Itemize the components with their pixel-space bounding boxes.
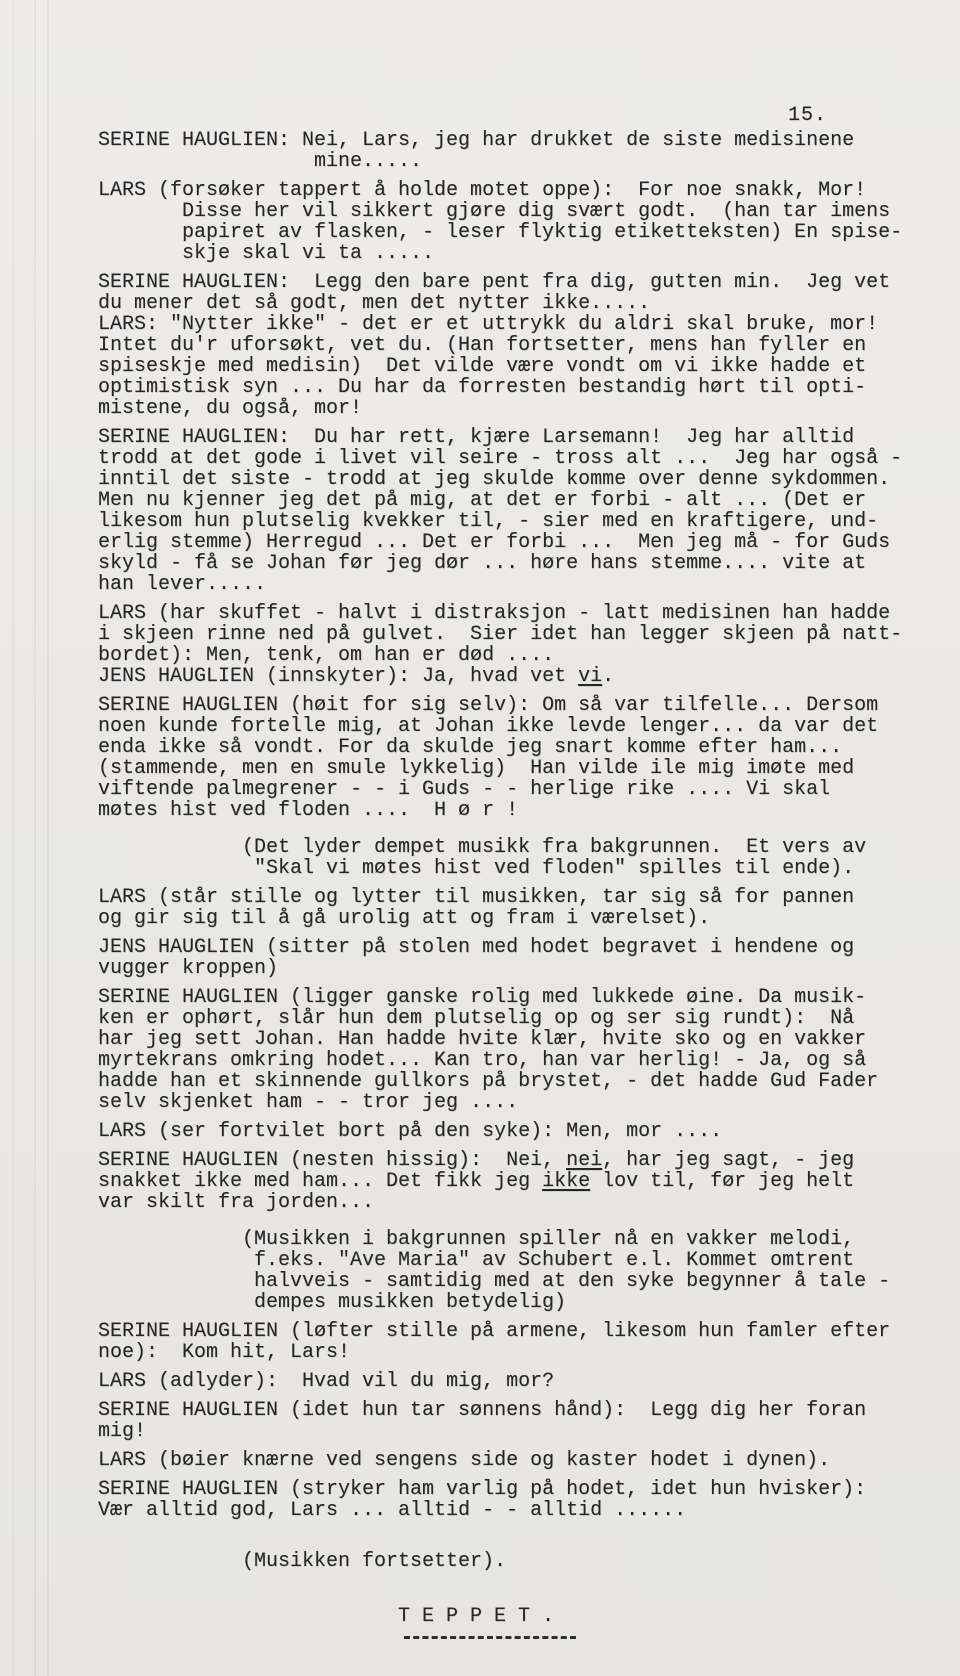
dialogue-block: SERINE HAUGLIEN (løfter stille på armene… bbox=[98, 1321, 940, 1363]
script-line: SERINE HAUGLIEN (idet hun tar sønnens hå… bbox=[98, 1400, 940, 1421]
text-segment: myrtekrans omkring hodet... Kan tro, han… bbox=[98, 1049, 866, 1072]
text-segment: bordet): Men, tenk, om han er død .... bbox=[98, 644, 554, 667]
underlined-word: nei bbox=[566, 1149, 602, 1172]
text-segment: halvveis - samtidig med at den syke begy… bbox=[254, 1270, 890, 1293]
script-text-body: SERINE HAUGLIEN: Nei, Lars, jeg har druk… bbox=[98, 130, 940, 1639]
text-segment: du mener det så godt, men det nytter ikk… bbox=[98, 292, 650, 315]
text-segment: viftende palmegrener - - i Guds - - herl… bbox=[98, 778, 830, 801]
text-segment: skje skal vi ta ..... bbox=[182, 242, 434, 265]
script-line: skyld - få se Johan før jeg dør ... høre… bbox=[98, 553, 940, 574]
text-segment: SERINE HAUGLIEN (idet hun tar sønnens hå… bbox=[98, 1399, 866, 1422]
text-segment: mistene, du også, mor! bbox=[98, 397, 362, 420]
dialogue-block: LARS (bøier knærne ved sengens side og k… bbox=[98, 1450, 940, 1471]
text-segment: LARS (bøier knærne ved sengens side og k… bbox=[98, 1449, 830, 1472]
script-line: mistene, du også, mor! bbox=[98, 398, 940, 419]
script-line: JENS HAUGLIEN (innskyter): Ja, hvad vet … bbox=[98, 666, 940, 687]
text-segment: LARS (adlyder): Hvad vil du mig, mor? bbox=[98, 1370, 554, 1393]
script-page: 15. SERINE HAUGLIEN: Nei, Lars, jeg har … bbox=[0, 0, 960, 1676]
script-line: snakket ikke med ham... Det fikk jeg ikk… bbox=[98, 1171, 940, 1192]
text-segment: JENS HAUGLIEN (sitter på stolen med hode… bbox=[98, 936, 854, 959]
script-line: optimistisk syn ... Du har da forresten … bbox=[98, 377, 940, 398]
script-line: Disse her vil sikkert gjøre dig svært go… bbox=[98, 201, 940, 222]
script-line: ken er ophørt, slår hun dem plutselig op… bbox=[98, 1008, 940, 1029]
script-line: Men nu kjenner jeg det på mig, at det er… bbox=[98, 490, 940, 511]
text-segment: mig! bbox=[98, 1420, 146, 1443]
script-line: erlig stemme) Herregud ... Det er forbi … bbox=[98, 532, 940, 553]
script-line: JENS HAUGLIEN (sitter på stolen med hode… bbox=[98, 937, 940, 958]
text-segment: selv skjenket ham - - tror jeg .... bbox=[98, 1091, 518, 1114]
dialogue-block: SERINE HAUGLIEN (ligger ganske rolig med… bbox=[98, 987, 940, 1113]
text-segment: (Musikken fortsetter). bbox=[242, 1550, 506, 1573]
text-segment: enda ikke så vondt. For da skulde jeg sn… bbox=[98, 736, 842, 759]
text-segment: noe): Kom hit, Lars! bbox=[98, 1341, 350, 1364]
dialogue-block: SERINE HAUGLIEN (stryker ham varlig på h… bbox=[98, 1479, 940, 1521]
script-line: selv skjenket ham - - tror jeg .... bbox=[98, 1092, 940, 1113]
script-line: T E P P E T . bbox=[98, 1606, 940, 1627]
script-line: trodd at det gode i livet vil seire - tr… bbox=[98, 448, 940, 469]
text-segment: . bbox=[602, 665, 614, 688]
dialogue-block: SERINE HAUGLIEN: Legg den bare pent fra … bbox=[98, 272, 940, 419]
script-line: var skilt fra jorden... bbox=[98, 1192, 940, 1213]
text-segment: LARS (har skuffet - halvt i distraksjon … bbox=[98, 602, 890, 625]
text-segment: Intet du'r uforsøkt, vet du. (Han fortse… bbox=[98, 334, 866, 357]
script-line: noen kunde fortelle mig, at Johan ikke l… bbox=[98, 716, 940, 737]
script-line: SERINE HAUGLIEN: Nei, Lars, jeg har druk… bbox=[98, 130, 940, 151]
text-segment: skyld - få se Johan før jeg dør ... høre… bbox=[98, 552, 866, 575]
script-line: noe): Kom hit, Lars! bbox=[98, 1342, 940, 1363]
underlined-word: ikke bbox=[542, 1170, 590, 1193]
script-line: SERINE HAUGLIEN (nesten hissig): Nei, ne… bbox=[98, 1150, 940, 1171]
text-segment: SERINE HAUGLIEN (stryker ham varlig på h… bbox=[98, 1478, 866, 1501]
text-segment: og gir sig til å gå urolig att og fram i… bbox=[98, 907, 710, 930]
script-line: inntil det siste - trodd at jeg skulde k… bbox=[98, 469, 940, 490]
text-segment: LARS (står stille og lytter til musikken… bbox=[98, 886, 854, 909]
text-segment: T E P P E T . bbox=[398, 1605, 554, 1628]
text-segment: lov til, før jeg helt bbox=[590, 1170, 854, 1193]
paper-fold-line bbox=[12, 0, 14, 1676]
script-line: skje skal vi ta ..... bbox=[98, 243, 940, 264]
text-segment: likesom hun plutselig kvekker til, - sie… bbox=[98, 510, 878, 533]
paper-fold-line bbox=[47, 0, 49, 1676]
script-line: har jeg sett Johan. Han hadde hvite klær… bbox=[98, 1029, 940, 1050]
text-segment: møtes hist ved floden .... H ø r ! bbox=[98, 799, 518, 822]
script-line: viftende palmegrener - - i Guds - - herl… bbox=[98, 779, 940, 800]
dialogue-block: SERINE HAUGLIEN (høit for sig selv): Om … bbox=[98, 695, 940, 821]
text-segment: spiseskje med medisin) Det vilde være vo… bbox=[98, 355, 866, 378]
script-line: Vær alltid god, Lars ... alltid - - allt… bbox=[98, 1500, 940, 1521]
dialogue-block: LARS (adlyder): Hvad vil du mig, mor? bbox=[98, 1371, 940, 1392]
underlined-word: vi bbox=[578, 665, 602, 688]
text-segment: JENS HAUGLIEN (innskyter): Ja, hvad vet bbox=[98, 665, 578, 688]
script-line: LARS (står stille og lytter til musikken… bbox=[98, 887, 940, 908]
script-line: f.eks. "Ave Maria" av Schubert e.l. Komm… bbox=[98, 1250, 940, 1271]
text-segment: LARS (forsøker tappert å holde motet opp… bbox=[98, 179, 866, 202]
text-segment: erlig stemme) Herregud ... Det er forbi … bbox=[98, 531, 890, 554]
script-line: i skjeen rinne ned på gulvet. Sier idet … bbox=[98, 624, 940, 645]
dialogue-block: (Musikken fortsetter). bbox=[98, 1551, 940, 1572]
script-line: mig! bbox=[98, 1421, 940, 1442]
text-segment: Vær alltid god, Lars ... alltid - - allt… bbox=[98, 1499, 686, 1522]
text-segment: f.eks. "Ave Maria" av Schubert e.l. Komm… bbox=[254, 1249, 854, 1272]
script-line: LARS (forsøker tappert å holde motet opp… bbox=[98, 180, 940, 201]
dialogue-block: SERINE HAUGLIEN: Du har rett, kjære Lars… bbox=[98, 427, 940, 595]
dialogue-block: SERINE HAUGLIEN (nesten hissig): Nei, ne… bbox=[98, 1150, 940, 1213]
text-segment: (Musikken i bakgrunnen spiller nå en vak… bbox=[242, 1228, 854, 1251]
text-segment: i skjeen rinne ned på gulvet. Sier idet … bbox=[98, 623, 902, 646]
script-line: mine..... bbox=[98, 151, 940, 172]
script-line: og gir sig til å gå urolig att og fram i… bbox=[98, 908, 940, 929]
curtain-rule bbox=[404, 1636, 576, 1639]
script-line: SERINE HAUGLIEN: Legg den bare pent fra … bbox=[98, 272, 940, 293]
paper-fold-line bbox=[34, 0, 36, 1676]
script-line: spiseskje med medisin) Det vilde være vo… bbox=[98, 356, 940, 377]
text-segment: "Skal vi møtes hist ved floden" spilles … bbox=[254, 857, 854, 880]
script-line: møtes hist ved floden .... H ø r ! bbox=[98, 800, 940, 821]
text-segment: vugger kroppen) bbox=[98, 957, 278, 980]
script-line: "Skal vi møtes hist ved floden" spilles … bbox=[98, 858, 940, 879]
page-number: 15. bbox=[788, 104, 827, 127]
dialogue-block: LARS (står stille og lytter til musikken… bbox=[98, 887, 940, 929]
script-line: SERINE HAUGLIEN (løfter stille på armene… bbox=[98, 1321, 940, 1342]
script-line: (Musikken i bakgrunnen spiller nå en vak… bbox=[98, 1229, 940, 1250]
script-line: han lever..... bbox=[98, 574, 940, 595]
text-segment: var skilt fra jorden... bbox=[98, 1191, 374, 1214]
script-line: likesom hun plutselig kvekker til, - sie… bbox=[98, 511, 940, 532]
script-line: vugger kroppen) bbox=[98, 958, 940, 979]
text-segment: SERINE HAUGLIEN (nesten hissig): Nei, bbox=[98, 1149, 566, 1172]
script-line: myrtekrans omkring hodet... Kan tro, han… bbox=[98, 1050, 940, 1071]
text-segment: , har jeg sagt, - jeg bbox=[602, 1149, 854, 1172]
dialogue-block: (Det lyder dempet musikk fra bakgrunnen.… bbox=[98, 837, 940, 879]
dialogue-block: SERINE HAUGLIEN (idet hun tar sønnens hå… bbox=[98, 1400, 940, 1442]
text-segment: mine..... bbox=[314, 150, 422, 173]
script-line: papiret av flasken, - leser flyktig etik… bbox=[98, 222, 940, 243]
script-line: Intet du'r uforsøkt, vet du. (Han fortse… bbox=[98, 335, 940, 356]
text-segment: optimistisk syn ... Du har da forresten … bbox=[98, 376, 866, 399]
text-segment: SERINE HAUGLIEN: Nei, Lars, jeg har druk… bbox=[98, 129, 854, 152]
text-segment: snakket ikke med ham... Det fikk jeg bbox=[98, 1170, 542, 1193]
text-segment: han lever..... bbox=[98, 573, 266, 596]
text-segment: hadde han et skinnende gullkors på bryst… bbox=[98, 1070, 878, 1093]
text-segment: trodd at det gode i livet vil seire - tr… bbox=[98, 447, 902, 470]
text-segment: LARS: "Nytter ikke" - det er et uttrykk … bbox=[98, 313, 878, 336]
script-line: SERINE HAUGLIEN (stryker ham varlig på h… bbox=[98, 1479, 940, 1500]
dialogue-block: SERINE HAUGLIEN: Nei, Lars, jeg har druk… bbox=[98, 130, 940, 172]
script-line: du mener det så godt, men det nytter ikk… bbox=[98, 293, 940, 314]
text-segment: inntil det siste - trodd at jeg skulde k… bbox=[98, 468, 890, 491]
script-line: (stammende, men en smule lykkelig) Han v… bbox=[98, 758, 940, 779]
text-segment: har jeg sett Johan. Han hadde hvite klær… bbox=[98, 1028, 866, 1051]
script-line: LARS (har skuffet - halvt i distraksjon … bbox=[98, 603, 940, 624]
text-segment: noen kunde fortelle mig, at Johan ikke l… bbox=[98, 715, 878, 738]
script-line: SERINE HAUGLIEN (høit for sig selv): Om … bbox=[98, 695, 940, 716]
text-segment: SERINE HAUGLIEN (løfter stille på armene… bbox=[98, 1320, 890, 1343]
dialogue-block: LARS (forsøker tappert å holde motet opp… bbox=[98, 180, 940, 264]
script-line: dempes musikken betydelig) bbox=[98, 1292, 940, 1313]
text-segment: SERINE HAUGLIEN (ligger ganske rolig med… bbox=[98, 986, 866, 1009]
dialogue-block: JENS HAUGLIEN (sitter på stolen med hode… bbox=[98, 937, 940, 979]
text-segment: (stammende, men en smule lykkelig) Han v… bbox=[98, 757, 854, 780]
script-line: LARS: "Nytter ikke" - det er et uttrykk … bbox=[98, 314, 940, 335]
text-segment: SERINE HAUGLIEN: Du har rett, kjære Lars… bbox=[98, 426, 854, 449]
dialogue-block: T E P P E T . bbox=[98, 1606, 940, 1627]
script-line: (Det lyder dempet musikk fra bakgrunnen.… bbox=[98, 837, 940, 858]
text-segment: dempes musikken betydelig) bbox=[254, 1291, 566, 1314]
script-line: LARS (adlyder): Hvad vil du mig, mor? bbox=[98, 1371, 940, 1392]
script-line: LARS (ser fortvilet bort på den syke): M… bbox=[98, 1121, 940, 1142]
text-segment: papiret av flasken, - leser flyktig etik… bbox=[182, 221, 902, 244]
script-line: SERINE HAUGLIEN (ligger ganske rolig med… bbox=[98, 987, 940, 1008]
dialogue-block: LARS (ser fortvilet bort på den syke): M… bbox=[98, 1121, 940, 1142]
text-segment: SERINE HAUGLIEN (høit for sig selv): Om … bbox=[98, 694, 878, 717]
script-line: (Musikken fortsetter). bbox=[98, 1551, 940, 1572]
dialogue-block: (Musikken i bakgrunnen spiller nå en vak… bbox=[98, 1229, 940, 1313]
script-line: bordet): Men, tenk, om han er død .... bbox=[98, 645, 940, 666]
text-segment: Disse her vil sikkert gjøre dig svært go… bbox=[182, 200, 890, 223]
text-segment: ken er ophørt, slår hun dem plutselig op… bbox=[98, 1007, 854, 1030]
text-segment: LARS (ser fortvilet bort på den syke): M… bbox=[98, 1120, 722, 1143]
script-line: enda ikke så vondt. For da skulde jeg sn… bbox=[98, 737, 940, 758]
script-line: LARS (bøier knærne ved sengens side og k… bbox=[98, 1450, 940, 1471]
script-line: SERINE HAUGLIEN: Du har rett, kjære Lars… bbox=[98, 427, 940, 448]
text-segment: Men nu kjenner jeg det på mig, at det er… bbox=[98, 489, 866, 512]
text-segment: SERINE HAUGLIEN: Legg den bare pent fra … bbox=[98, 271, 890, 294]
script-line: halvveis - samtidig med at den syke begy… bbox=[98, 1271, 940, 1292]
dialogue-block: LARS (har skuffet - halvt i distraksjon … bbox=[98, 603, 940, 687]
script-line: hadde han et skinnende gullkors på bryst… bbox=[98, 1071, 940, 1092]
text-segment: (Det lyder dempet musikk fra bakgrunnen.… bbox=[242, 836, 866, 859]
